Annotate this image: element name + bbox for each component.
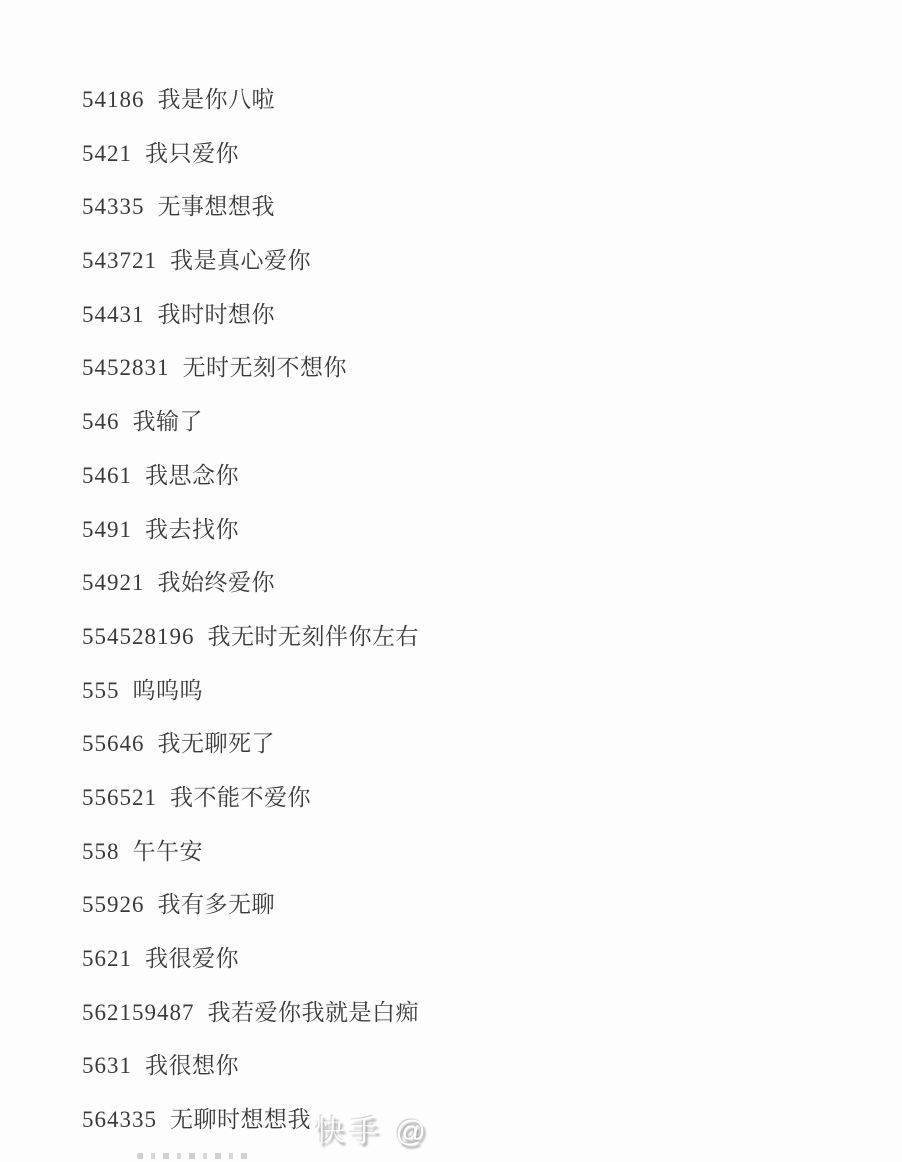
code-number: 5452831 [82, 355, 170, 380]
code-meaning: 我无聊死了 [158, 731, 276, 756]
list-item: 5421我只爱你 [82, 127, 419, 181]
list-item: 5621我很爱你 [82, 932, 419, 986]
code-number: 555 [82, 678, 120, 703]
code-meaning: 我不能不爱你 [170, 785, 311, 810]
code-meaning: 我是真心爱你 [170, 248, 311, 273]
code-number: 554528196 [82, 624, 195, 649]
document-page: 54186我是你八啦 5421我只爱你 54335无事想想我 543721我是真… [0, 0, 902, 1162]
code-meaning: 无时无刻不想你 [183, 355, 348, 380]
code-number: 5631 [82, 1053, 132, 1078]
code-number: 5421 [82, 141, 132, 166]
code-meaning: 我始终爱你 [158, 570, 276, 595]
code-meaning: 我若爱你我就是白痴 [208, 1000, 420, 1025]
code-number: 54431 [82, 302, 145, 327]
code-number: 54921 [82, 570, 145, 595]
list-item: 5461我思念你 [82, 449, 419, 503]
cutoff-row-sliver [137, 1153, 255, 1159]
code-number: 562159487 [82, 1000, 195, 1025]
list-item: 556521我不能不爱你 [82, 771, 419, 825]
code-number: 5461 [82, 463, 132, 488]
code-meaning: 我思念你 [145, 463, 239, 488]
code-list: 54186我是你八啦 5421我只爱你 54335无事想想我 543721我是真… [82, 73, 419, 1147]
code-meaning: 午午安 [133, 839, 204, 864]
code-number: 556521 [82, 785, 157, 810]
code-number: 543721 [82, 248, 157, 273]
code-meaning: 我只爱你 [145, 141, 239, 166]
list-item: 54431我时时想你 [82, 288, 419, 342]
list-item: 554528196我无时无刻伴你左右 [82, 610, 419, 664]
code-number: 5491 [82, 517, 132, 542]
code-meaning: 我是你八啦 [158, 87, 276, 112]
list-item: 555呜呜呜 [82, 664, 419, 718]
list-item: 558午午安 [82, 825, 419, 879]
kuaishou-watermark: 快手 @ [315, 1106, 430, 1150]
list-item: 5452831无时无刻不想你 [82, 341, 419, 395]
list-item: 55926我有多无聊 [82, 878, 419, 932]
code-meaning: 我时时想你 [158, 302, 276, 327]
code-meaning: 我很爱你 [145, 946, 239, 971]
code-meaning: 无事想想我 [158, 194, 276, 219]
code-meaning: 我去找你 [145, 517, 239, 542]
list-item: 5631我很想你 [82, 1039, 419, 1093]
list-item: 55646我无聊死了 [82, 717, 419, 771]
code-number: 5621 [82, 946, 132, 971]
code-meaning: 我无时无刻伴你左右 [208, 624, 420, 649]
list-item: 54335无事想想我 [82, 180, 419, 234]
code-meaning: 我有多无聊 [158, 892, 276, 917]
code-number: 54186 [82, 87, 145, 112]
code-meaning: 无聊时想想我 [170, 1107, 311, 1132]
code-number: 55646 [82, 731, 145, 756]
code-number: 54335 [82, 194, 145, 219]
code-number: 558 [82, 839, 120, 864]
list-item: 54186我是你八啦 [82, 73, 419, 127]
code-number: 564335 [82, 1107, 157, 1132]
code-number: 546 [82, 409, 120, 434]
list-item: 546我输了 [82, 395, 419, 449]
code-number: 55926 [82, 892, 145, 917]
list-item: 5491我去找你 [82, 503, 419, 557]
code-meaning: 我输了 [133, 409, 204, 434]
list-item: 543721我是真心爱你 [82, 234, 419, 288]
list-item: 562159487我若爱你我就是白痴 [82, 986, 419, 1040]
list-item: 54921我始终爱你 [82, 556, 419, 610]
code-meaning: 我很想你 [145, 1053, 239, 1078]
code-meaning: 呜呜呜 [133, 678, 204, 703]
